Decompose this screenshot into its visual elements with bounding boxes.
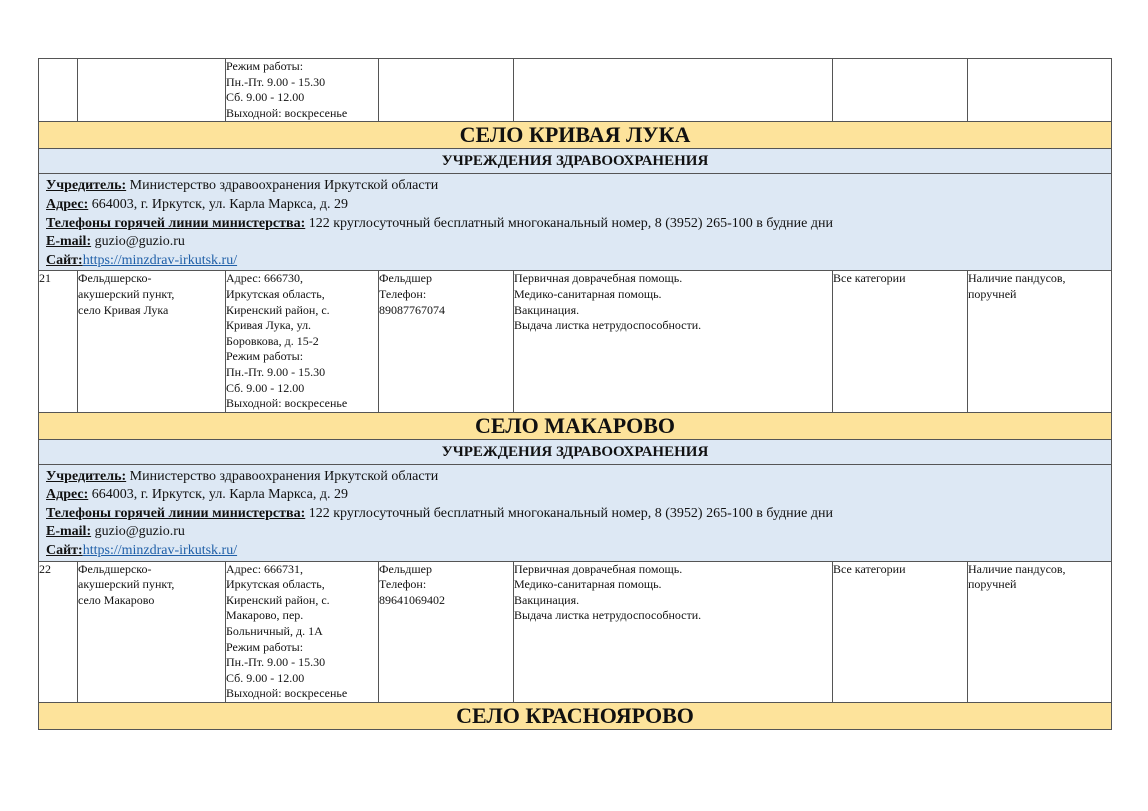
text-line: 89087767074: [379, 303, 513, 319]
text-line: Выходной: воскресенье: [226, 396, 378, 412]
founder-value: Министерство здравоохранения Иркутской о…: [126, 469, 438, 484]
text-line: Иркутская область,: [226, 577, 378, 593]
founder-line: Учредитель: Министерство здравоохранения…: [46, 468, 1104, 487]
categories-cell: Все категории: [833, 561, 968, 702]
text-line: Кривая Лука, ул.: [226, 318, 378, 334]
text-line: Выходной: воскресенье: [226, 686, 378, 702]
founder-label: Учредитель:: [46, 178, 126, 193]
address-cell: Адрес: 666731,Иркутская область,Киренски…: [226, 561, 379, 702]
text-line: Вакцинация.: [514, 303, 832, 319]
text-line: поручней: [968, 287, 1111, 303]
categories-cell: Все категории: [833, 271, 968, 412]
village-header-row: СЕЛО МАКАРОВО: [39, 412, 1112, 439]
address-line: Адрес: 664003, г. Иркутск, ул. Карла Мар…: [46, 196, 1104, 215]
address-value: 664003, г. Иркутск, ул. Карла Маркса, д.…: [88, 487, 348, 502]
text-line: Макарово, пер.: [226, 608, 378, 624]
founder-line: Учредитель: Министерство здравоохранения…: [46, 177, 1104, 196]
text-line: Пн.-Пт. 9.00 - 15.30: [226, 75, 378, 91]
text-line: Адрес: 666730,: [226, 271, 378, 287]
address-cell: Адрес: 666730,Иркутская область,Киренски…: [226, 271, 379, 412]
section-title: УЧРЕЖДЕНИЯ ЗДРАВООХРАНЕНИЯ: [39, 439, 1112, 464]
text-line: 89641069402: [379, 593, 513, 609]
text-line: Сб. 9.00 - 12.00: [226, 671, 378, 687]
founder-value: Министерство здравоохранения Иркутской о…: [126, 178, 438, 193]
text-line: Режим работы:: [226, 640, 378, 656]
hotline-value: 122 круглосуточный бесплатный многоканал…: [305, 216, 833, 231]
address-line: Адрес: 664003, г. Иркутск, ул. Карла Мар…: [46, 486, 1104, 505]
text-line: Адрес: 666731,: [226, 562, 378, 578]
text-line: Медико-санитарная помощь.: [514, 577, 832, 593]
table-row: Режим работы:Пн.-Пт. 9.00 - 15.30Сб. 9.0…: [39, 59, 1112, 122]
accessibility-cell: Наличие пандусов,поручней: [968, 561, 1112, 702]
services-cell: Первичная доврачебная помощь.Медико-сани…: [514, 271, 833, 412]
hotline-line: Телефоны горячей линии министерства: 122…: [46, 215, 1104, 234]
text-line: Первичная доврачебная помощь.: [514, 271, 832, 287]
facilities-table: Режим работы:Пн.-Пт. 9.00 - 15.30Сб. 9.0…: [38, 58, 1112, 730]
site-line: Сайт:https://minzdrav-irkutsk.ru/: [46, 542, 1104, 561]
section-header-row: УЧРЕЖДЕНИЯ ЗДРАВООХРАНЕНИЯ: [39, 439, 1112, 464]
founder-label: Учредитель:: [46, 469, 126, 484]
village-header-row: СЕЛО КРАСНОЯРОВО: [39, 703, 1112, 730]
email-label: E-mail:: [46, 524, 91, 539]
row-number: 21: [39, 271, 78, 412]
text-line: Режим работы:: [226, 59, 378, 75]
address-label: Адрес:: [46, 197, 88, 212]
email-line: E-mail: guzio@guzio.ru: [46, 523, 1104, 542]
services-cell: Первичная доврачебная помощь.Медико-сани…: [514, 561, 833, 702]
text-line: Пн.-Пт. 9.00 - 15.30: [226, 365, 378, 381]
site-link[interactable]: https://minzdrav-irkutsk.ru/: [83, 543, 237, 558]
section-header-row: УЧРЕЖДЕНИЯ ЗДРАВООХРАНЕНИЯ: [39, 149, 1112, 174]
founder-info: Учредитель: Министерство здравоохранения…: [39, 464, 1112, 561]
hotline-line: Телефоны горячей линии министерства: 122…: [46, 505, 1104, 524]
founder-info-row: Учредитель: Министерство здравоохранения…: [39, 174, 1112, 271]
text-line: Наличие пандусов,: [968, 562, 1111, 578]
section-title: УЧРЕЖДЕНИЯ ЗДРАВООХРАНЕНИЯ: [39, 149, 1112, 174]
text-line: Наличие пандусов,: [968, 271, 1111, 287]
founder-info-row: Учредитель: Министерство здравоохранения…: [39, 464, 1112, 561]
address-label: Адрес:: [46, 487, 88, 502]
village-header-row: СЕЛО КРИВАЯ ЛУКА: [39, 122, 1112, 149]
contact-cell: ФельдшерТелефон:89641069402: [379, 561, 514, 702]
text-line: Киренский район, с.: [226, 303, 378, 319]
email-value: guzio@guzio.ru: [91, 524, 185, 539]
text-line: акушерский пункт,: [78, 577, 225, 593]
text-line: Первичная доврачебная помощь.: [514, 562, 832, 578]
text-line: Выходной: воскресенье: [226, 106, 378, 122]
email-label: E-mail:: [46, 234, 91, 249]
text-line: Киренский район, с.: [226, 593, 378, 609]
text-line: Режим работы:: [226, 349, 378, 365]
text-line: Сб. 9.00 - 12.00: [226, 90, 378, 106]
site-label: Сайт:: [46, 253, 83, 268]
contact-cell: ФельдшерТелефон:89087767074: [379, 271, 514, 412]
email-value: guzio@guzio.ru: [91, 234, 185, 249]
text-line: Выдача листка нетрудоспособности.: [514, 608, 832, 624]
email-line: E-mail: guzio@guzio.ru: [46, 233, 1104, 252]
text-line: Сб. 9.00 - 12.00: [226, 381, 378, 397]
village-title: СЕЛО КРАСНОЯРОВО: [39, 703, 1112, 730]
text-line: Иркутская область,: [226, 287, 378, 303]
address-value: 664003, г. Иркутск, ул. Карла Маркса, д.…: [88, 197, 348, 212]
text-line: Фельдшер: [379, 271, 513, 287]
site-link[interactable]: https://minzdrav-irkutsk.ru/: [83, 253, 237, 268]
village-title: СЕЛО МАКАРОВО: [39, 412, 1112, 439]
hotline-value: 122 круглосуточный бесплатный многоканал…: [305, 506, 833, 521]
text-line: Фельдшер: [379, 562, 513, 578]
text-line: Фельдшерско-: [78, 271, 225, 287]
accessibility-cell: Наличие пандусов,поручней: [968, 271, 1112, 412]
text-line: Боровкова, д. 15-2: [226, 334, 378, 350]
text-line: село Макарово: [78, 593, 225, 609]
table-row: 21Фельдшерско-акушерский пункт,село Крив…: [39, 271, 1112, 412]
text-line: поручней: [968, 577, 1111, 593]
address-cell: Режим работы:Пн.-Пт. 9.00 - 15.30Сб. 9.0…: [226, 59, 379, 122]
text-line: Телефон:: [379, 577, 513, 593]
text-line: Больничный, д. 1А: [226, 624, 378, 640]
village-title: СЕЛО КРИВАЯ ЛУКА: [39, 122, 1112, 149]
row-number: 22: [39, 561, 78, 702]
facility-name: Фельдшерско-акушерский пункт,село Макаро…: [78, 561, 226, 702]
table-row: 22Фельдшерско-акушерский пункт,село Мака…: [39, 561, 1112, 702]
text-line: Телефон:: [379, 287, 513, 303]
text-line: Медико-санитарная помощь.: [514, 287, 832, 303]
text-line: село Кривая Лука: [78, 303, 225, 319]
site-label: Сайт:: [46, 543, 83, 558]
text-line: акушерский пункт,: [78, 287, 225, 303]
facility-name: Фельдшерско-акушерский пункт,село Кривая…: [78, 271, 226, 412]
text-line: Вакцинация.: [514, 593, 832, 609]
text-line: Выдача листка нетрудоспособности.: [514, 318, 832, 334]
hotline-label: Телефоны горячей линии министерства:: [46, 506, 305, 521]
text-line: Фельдшерско-: [78, 562, 225, 578]
site-line: Сайт:https://minzdrav-irkutsk.ru/: [46, 252, 1104, 271]
hotline-label: Телефоны горячей линии министерства:: [46, 216, 305, 231]
founder-info: Учредитель: Министерство здравоохранения…: [39, 174, 1112, 271]
text-line: Пн.-Пт. 9.00 - 15.30: [226, 655, 378, 671]
